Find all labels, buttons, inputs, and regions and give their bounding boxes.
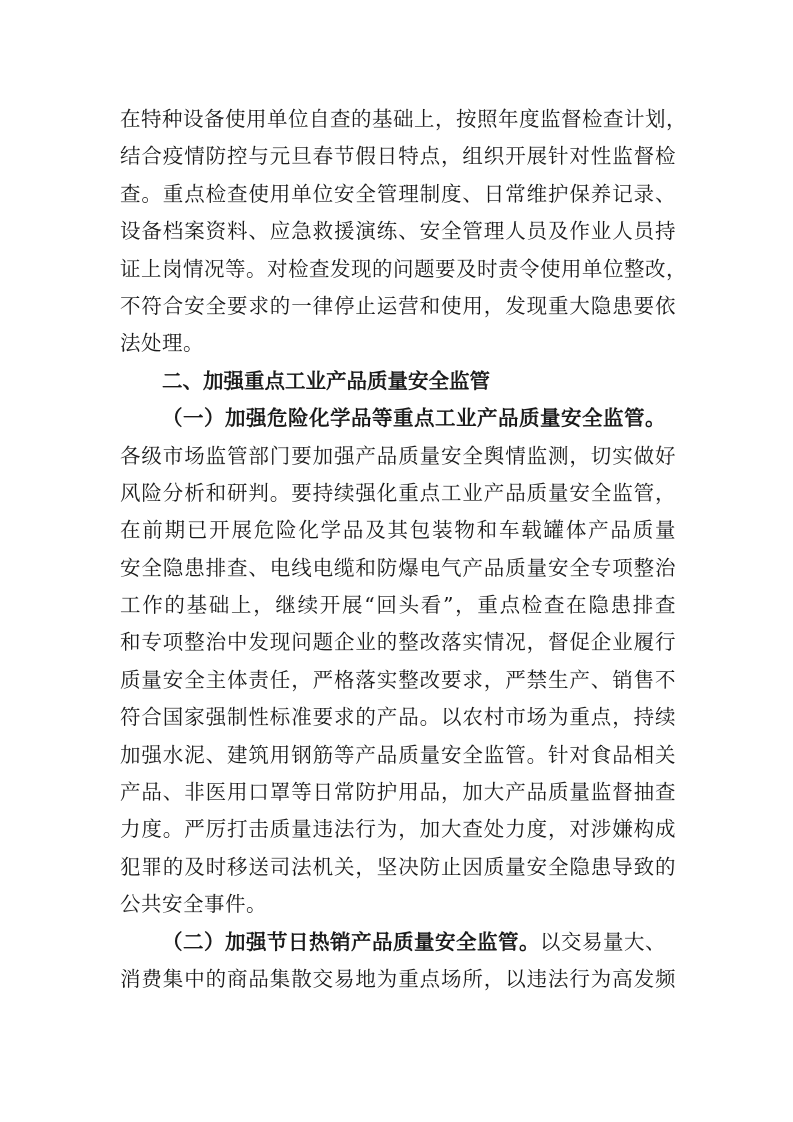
- text-line: 符合国家强制性标准要求的产品。以农村市场为重点，持续: [120, 699, 676, 736]
- text-line: 结合疫情防控与元旦春节假日特点，组织开展针对性监督检: [120, 138, 676, 175]
- text-line: 质量安全主体责任，严格落实整改要求，严禁生产、销售不: [120, 662, 676, 699]
- subsection-title: （二）加强节日热销产品质量安全监管。: [162, 930, 540, 954]
- text-line: 和专项整治中发现问题企业的整改落实情况，督促企业履行: [120, 624, 676, 661]
- text-line: 法处理。: [120, 325, 676, 362]
- document-page: 在特种设备使用单位自查的基础上，按照年度监督检查计划， 结合疫情防控与元旦春节假…: [120, 101, 676, 998]
- subsection-2: （二）加强节日热销产品质量安全监管。以交易量大、 消费集中的商品集散交易地为重点…: [120, 924, 676, 999]
- text-line: 在特种设备使用单位自查的基础上，按照年度监督检查计划，: [120, 101, 676, 138]
- subsection-title: （一）加强危险化学品等重点工业产品质量安全监管。: [120, 400, 676, 437]
- text-line: 各级市场监管部门要加强产品质量安全舆情监测，切实做好: [120, 438, 676, 475]
- section-heading: 二、加强重点工业产品质量安全监管: [120, 363, 676, 400]
- text-line: 工作的基础上，继续开展“回头看”，重点检查在隐患排查: [120, 587, 676, 624]
- text-line: 产品、非医用口罩等日常防护用品，加大产品质量监督抽查: [120, 774, 676, 811]
- text-line: 在前期已开展危险化学品及其包装物和车载罐体产品质量: [120, 512, 676, 549]
- text-line: 设备档案资料、应急救援演练、安全管理人员及作业人员持: [120, 213, 676, 250]
- text-line: 安全隐患排查、电线电缆和防爆电气产品质量安全专项整治: [120, 550, 676, 587]
- text-line: 证上岗情况等。对检查发现的问题要及时责令使用单位整改，: [120, 251, 676, 288]
- text-line: 查。重点检查使用单位安全管理制度、日常维护保养记录、: [120, 176, 676, 213]
- paragraph-special-equipment: 在特种设备使用单位自查的基础上，按照年度监督检查计划， 结合疫情防控与元旦春节假…: [120, 101, 676, 363]
- subsection-title-line: （二）加强节日热销产品质量安全监管。以交易量大、: [120, 924, 676, 961]
- subsection-1: （一）加强危险化学品等重点工业产品质量安全监管。 各级市场监管部门要加强产品质量…: [120, 400, 676, 923]
- text-line: 不符合安全要求的一律停止运营和使用，发现重大隐患要依: [120, 288, 676, 325]
- subsection-title-tail: 以交易量大、: [540, 930, 666, 954]
- text-line: 公共安全事件。: [120, 886, 676, 923]
- text-line: 加强水泥、建筑用钢筋等产品质量安全监管。针对食品相关: [120, 737, 676, 774]
- text-line: 风险分析和研判。要持续强化重点工业产品质量安全监管，: [120, 475, 676, 512]
- text-line: 力度。严厉打击质量违法行为，加大查处力度，对涉嫌构成: [120, 811, 676, 848]
- text-line: 消费集中的商品集散交易地为重点场所，以违法行为高发频: [120, 961, 676, 998]
- text-line: 犯罪的及时移送司法机关，坚决防止因质量安全隐患导致的: [120, 849, 676, 886]
